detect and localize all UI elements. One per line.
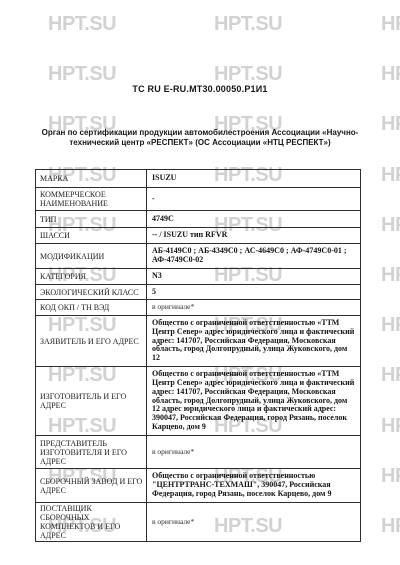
certification-body-line1: Орган по сертификации продукции автомоби… — [0, 128, 400, 138]
row-value: - — [147, 188, 361, 211]
row-label: КОД ОКП / ТН ВЭД — [36, 300, 147, 316]
table-row: ЭКОЛОГИЧЕСКИЙ КЛАСС5 — [36, 285, 361, 300]
row-label: ИЗГОТОВИТЕЛЬ И ЕГО АДРЕС — [36, 367, 147, 436]
row-value: N3 — [147, 269, 361, 285]
table-row: МАРКАISUZU — [36, 170, 361, 188]
row-value: Общество с ограниченной ответственностью… — [147, 316, 361, 367]
vehicle-spec-table: МАРКАISUZUКОММЕРЧЕСКОЕ НАИМЕНОВАНИЕ-ТИП4… — [35, 169, 361, 542]
table-row: ПРЕДСТАВИТЕЛЬ ИЗГОТОВИТЕЛЯ И ЕГО АДРЕСв … — [36, 436, 361, 469]
row-value: в оригинале* — [147, 436, 361, 469]
table-row: КАТЕГОРИЯN3 — [36, 269, 361, 285]
row-value: в оригинале* — [147, 300, 361, 316]
row-value: -- / ISUZU тип RFVR — [147, 228, 361, 244]
row-value: Общество с ограниченной ответственностью… — [147, 469, 361, 503]
row-value: АБ-4149С0 ; АБ-4349С0 ; АС-4649С0 ; АФ-4… — [147, 244, 361, 269]
table-row: ПОСТАВЩИК СБОРОЧНЫХ КОМПЛЕКТОВ И ЕГО АДР… — [36, 503, 361, 542]
table-row: КОД ОКП / ТН ВЭДв оригинале* — [36, 300, 361, 316]
row-label: ШАССИ — [36, 228, 147, 244]
row-label: ПОСТАВЩИК СБОРОЧНЫХ КОМПЛЕКТОВ И ЕГО АДР… — [36, 503, 147, 542]
row-label: КАТЕГОРИЯ — [36, 269, 147, 285]
row-label: ТИП — [36, 211, 147, 228]
row-value: в оригинале* — [147, 503, 361, 542]
certification-body-line2: технический центр «РЕСПЕКТ» (ОС Ассоциац… — [0, 138, 400, 148]
table-row: ИЗГОТОВИТЕЛЬ И ЕГО АДРЕСОбщество с огран… — [36, 367, 361, 436]
row-label: СБОРОЧНЫЙ ЗАВОД И ЕГО АДРЕС — [36, 469, 147, 503]
vehicle-spec-table-body: МАРКАISUZUКОММЕРЧЕСКОЕ НАИМЕНОВАНИЕ-ТИП4… — [36, 170, 361, 542]
document-content: TC RU E-RU.MT30.00050.Р1И1 Орган по серт… — [0, 0, 400, 565]
table-row: МОДИФИКАЦИИАБ-4149С0 ; АБ-4349С0 ; АС-46… — [36, 244, 361, 269]
row-label: КОММЕРЧЕСКОЕ НАИМЕНОВАНИЕ — [36, 188, 147, 211]
row-value: 4749C — [147, 211, 361, 228]
row-label: ЭКОЛОГИЧЕСКИЙ КЛАСС — [36, 285, 147, 300]
row-value: Общество с ограниченной ответственностью… — [147, 367, 361, 436]
row-label: МАРКА — [36, 170, 147, 188]
certification-body-header: Орган по сертификации продукции автомоби… — [0, 128, 400, 147]
row-value: 5 — [147, 285, 361, 300]
table-row: СБОРОЧНЫЙ ЗАВОД И ЕГО АДРЕСОбщество с ог… — [36, 469, 361, 503]
certificate-page: HPT.SUHPT.SUHPT.SUHPT.SUHPT.SUHPT.SUHPT.… — [0, 0, 400, 565]
table-row: ТИП4749C — [36, 211, 361, 228]
table-row: КОММЕРЧЕСКОЕ НАИМЕНОВАНИЕ- — [36, 188, 361, 211]
row-label: ЗАЯВИТЕЛЬ И ЕГО АДРЕС — [36, 316, 147, 367]
row-value: ISUZU — [147, 170, 361, 188]
table-row: ЗАЯВИТЕЛЬ И ЕГО АДРЕСОбщество с ограниче… — [36, 316, 361, 367]
row-label: ПРЕДСТАВИТЕЛЬ ИЗГОТОВИТЕЛЯ И ЕГО АДРЕС — [36, 436, 147, 469]
row-label: МОДИФИКАЦИИ — [36, 244, 147, 269]
approval-number: TC RU E-RU.MT30.00050.Р1И1 — [0, 84, 400, 94]
table-row: ШАССИ-- / ISUZU тип RFVR — [36, 228, 361, 244]
